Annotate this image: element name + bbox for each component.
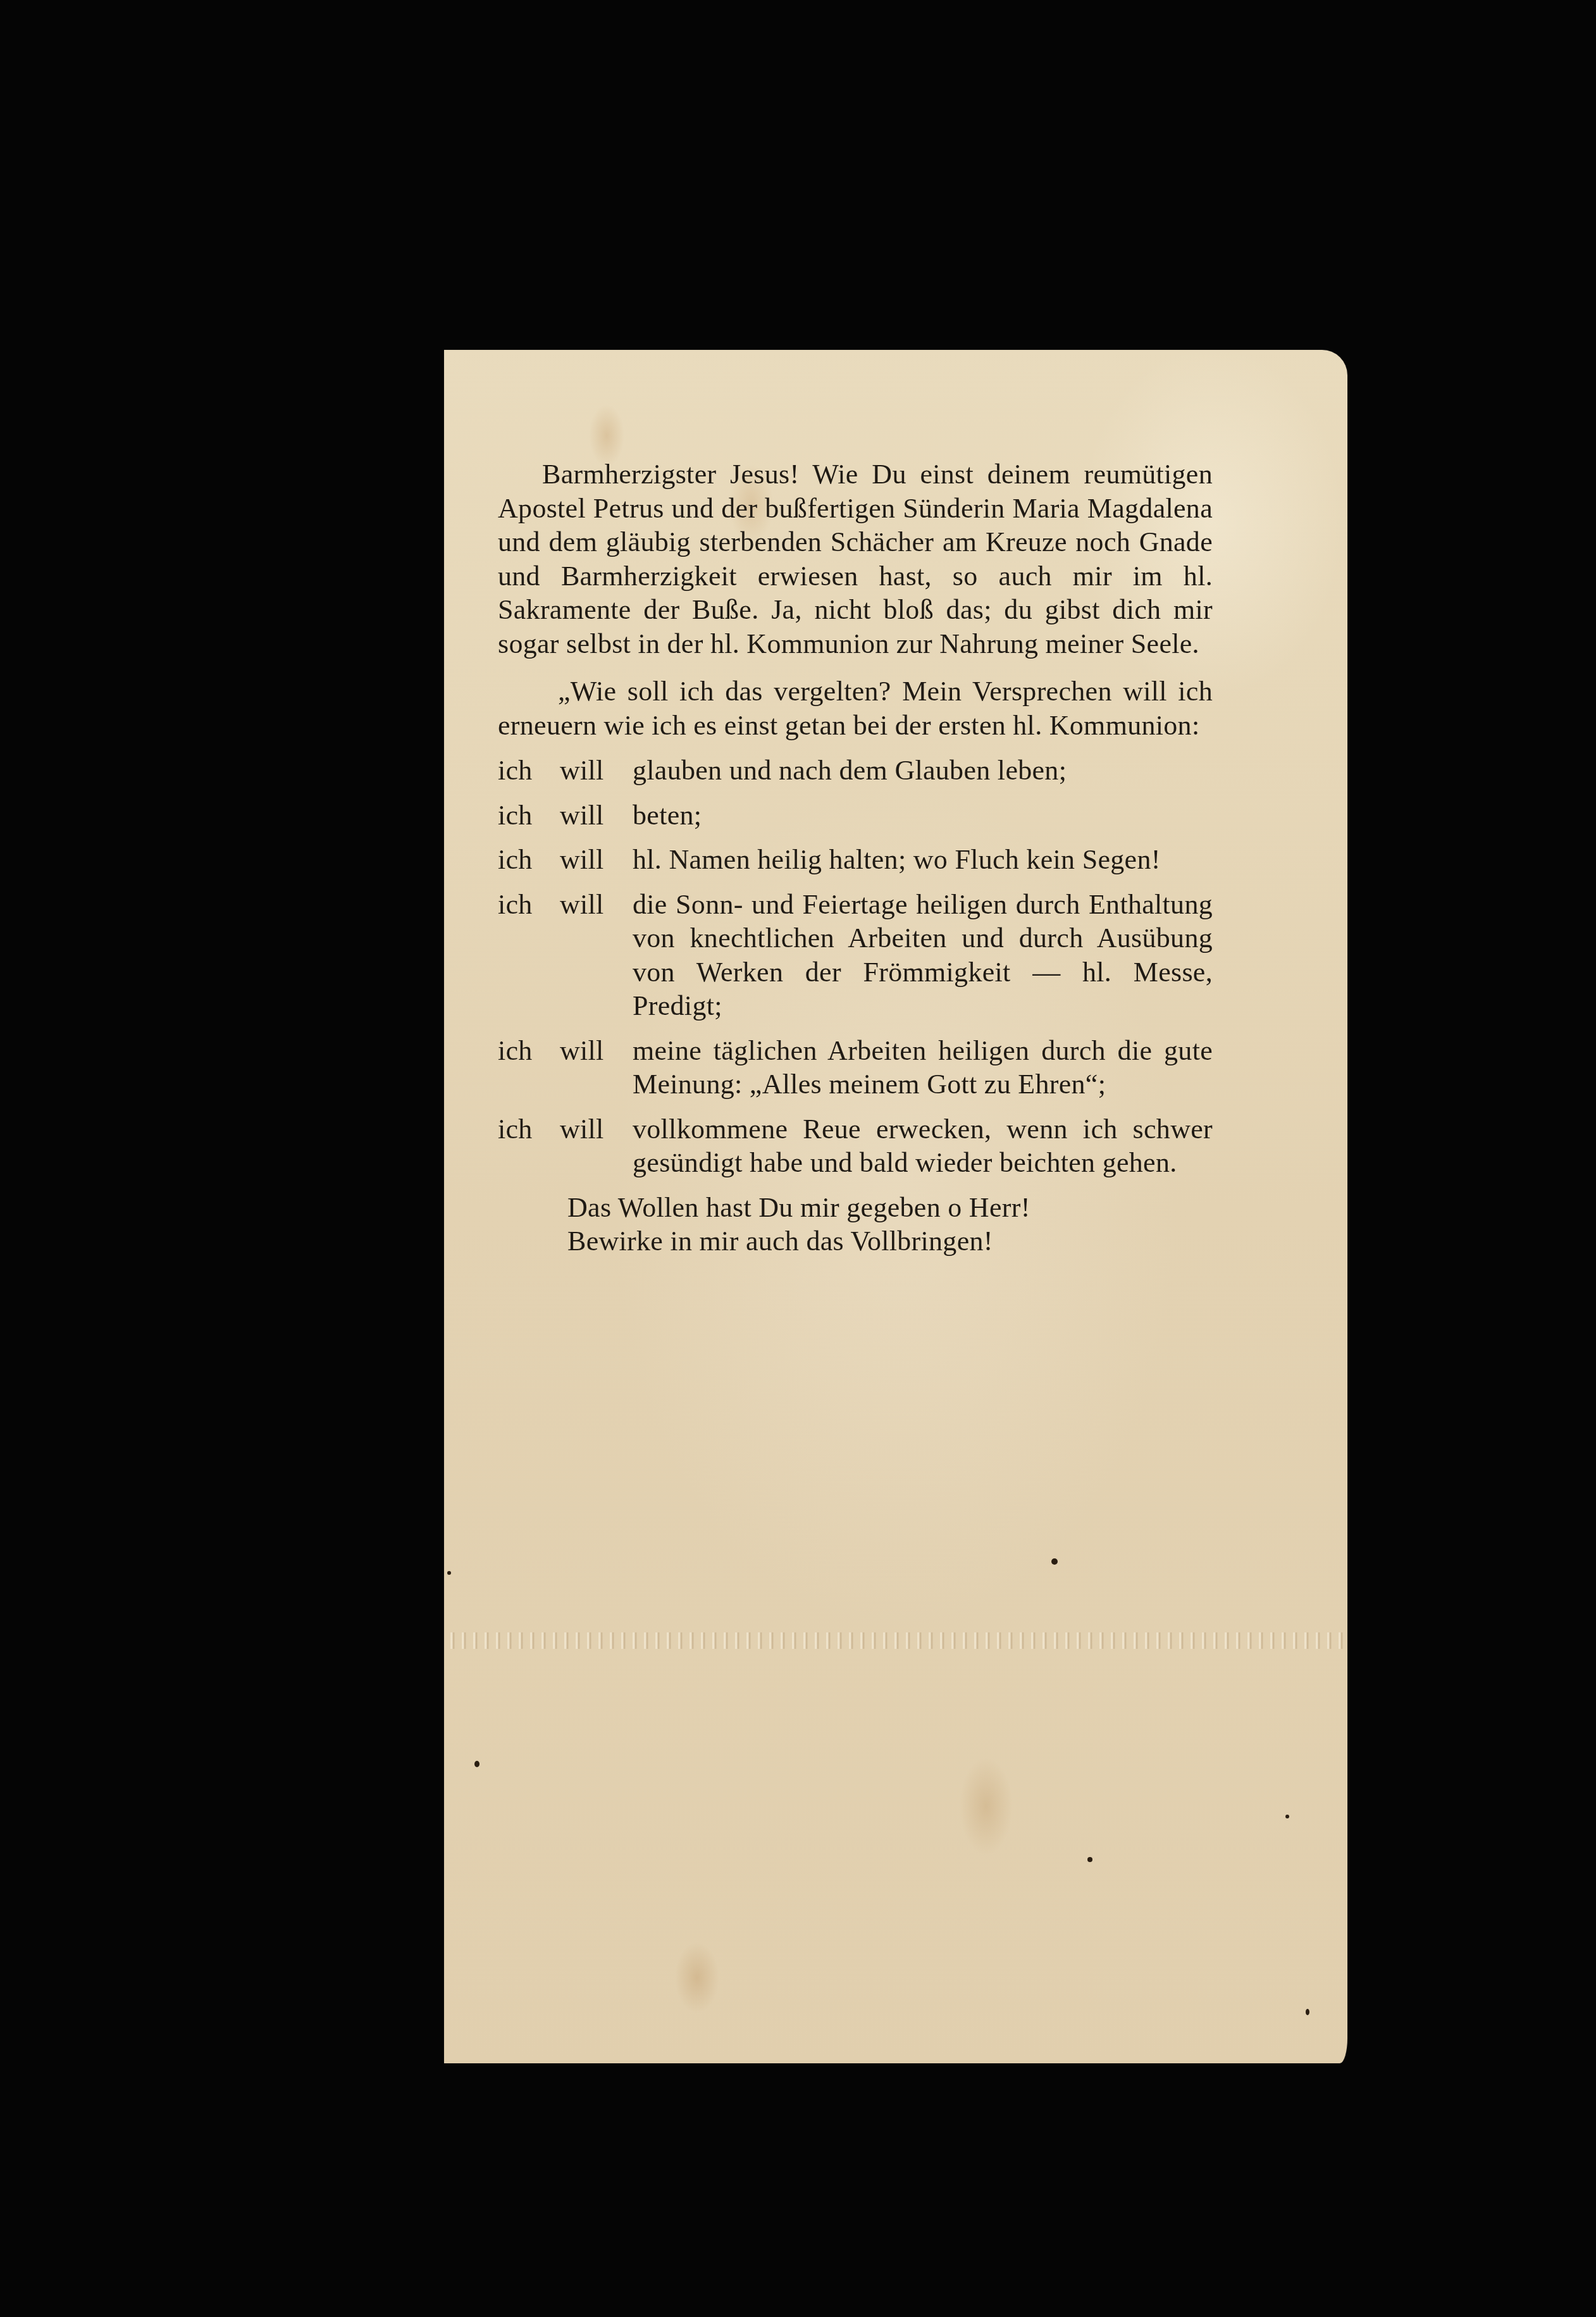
- prayer-text: Barmherzigster Jesus! Wie Du einst deine…: [498, 457, 1213, 1258]
- vow-text: meine täglichen Arbeiten heiligen durch …: [633, 1034, 1213, 1102]
- ink-speck: [447, 1571, 451, 1575]
- closing-lines: Das Wollen hast Du mir gegeben o Herr! B…: [567, 1191, 1213, 1258]
- vow-item: ich will die Sonn- und Feiertage heilige…: [498, 888, 1213, 1023]
- ink-speck: [1306, 2009, 1309, 2015]
- closing-line: Das Wollen hast Du mir gegeben o Herr!: [567, 1191, 1213, 1225]
- closing-line: Bewirke in mir auch das Vollbringen!: [567, 1224, 1213, 1258]
- vow-ich: ich: [498, 888, 560, 1023]
- vow-item: ich will vollkommene Reue erwecken, wenn…: [498, 1112, 1213, 1180]
- vow-will: will: [560, 798, 633, 833]
- paragraph-question: „Wie soll ich das vergelten? Mein Verspr…: [498, 674, 1213, 742]
- prayer-card: Barmherzigster Jesus! Wie Du einst deine…: [444, 350, 1347, 2063]
- vow-will: will: [560, 888, 633, 1023]
- vow-text: die Sonn- und Feiertage heiligen durch E…: [633, 888, 1213, 1023]
- vow-will: will: [560, 1034, 633, 1102]
- vow-item: ich will meine täglichen Arbeiten heilig…: [498, 1034, 1213, 1102]
- vow-text: vollkommene Reue erwecken, wenn ich schw…: [633, 1112, 1213, 1180]
- vow-will: will: [560, 754, 633, 788]
- ink-speck: [474, 1761, 479, 1767]
- paragraph-opening: Barmherzigster Jesus! Wie Du einst deine…: [498, 457, 1213, 661]
- vow-item: ich will hl. Namen heilig halten; wo Flu…: [498, 843, 1213, 877]
- vow-text: glauben und nach dem Glauben leben;: [633, 754, 1213, 788]
- vow-ich: ich: [498, 754, 560, 788]
- vow-will: will: [560, 843, 633, 877]
- vow-item: ich will glauben und nach dem Glauben le…: [498, 754, 1213, 788]
- ink-speck: [1087, 1857, 1092, 1862]
- vow-ich: ich: [498, 1034, 560, 1102]
- vow-ich: ich: [498, 798, 560, 833]
- vow-text: hl. Namen heilig halten; wo Fluch kein S…: [633, 843, 1213, 877]
- vow-will: will: [560, 1112, 633, 1180]
- vow-ich: ich: [498, 1112, 560, 1180]
- opening-text: Barmherzigster Jesus! Wie Du einst deine…: [498, 459, 1213, 659]
- vow-item: ich will beten;: [498, 798, 1213, 833]
- ink-speck: [1051, 1558, 1058, 1565]
- embossed-perforation-line: [450, 1632, 1344, 1649]
- vow-text: beten;: [633, 798, 1213, 833]
- vow-ich: ich: [498, 843, 560, 877]
- ink-speck: [1285, 1815, 1289, 1818]
